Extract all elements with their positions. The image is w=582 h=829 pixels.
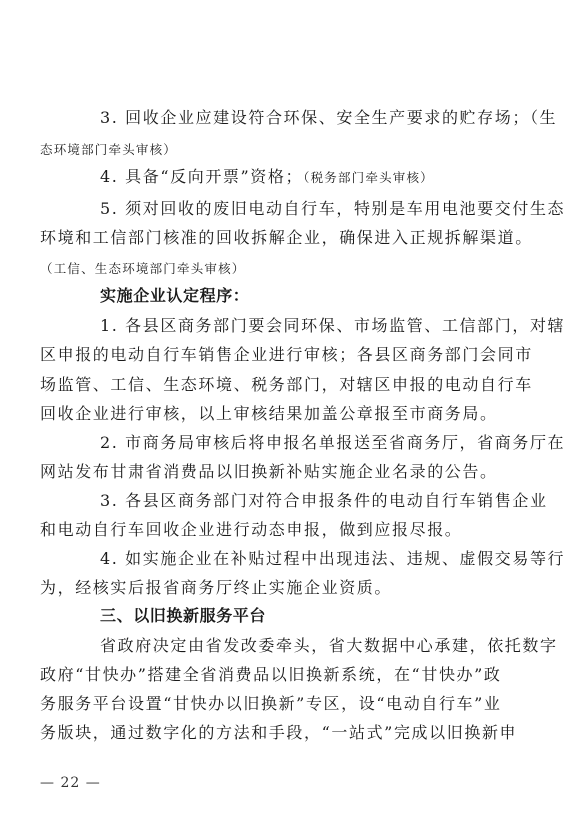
paragraph-line: 3. 回收企业应建设符合环保、安全生产要求的贮存场；（生 bbox=[100, 108, 540, 128]
paragraph-line: 务服务平台设置“甘快办以旧换新”专区，设“电动自行车”业 bbox=[40, 694, 540, 714]
paragraph-line: 2. 市商务局审核后将申报名单报送至省商务厅，省商务厅在 bbox=[100, 433, 540, 453]
paragraph-line: 场监管、工信、生态环境、税务部门，对辖区申报的电动自行车 bbox=[40, 375, 540, 395]
section-heading: 三、以旧换新服务平台 bbox=[100, 606, 540, 626]
paragraph-line: 3. 各县区商务部门对符合申报条件的电动自行车销售企业 bbox=[100, 491, 540, 511]
paragraph-note: （工信、生态环境部门牵头审核） bbox=[40, 259, 540, 279]
paragraph-line: 1. 各县区商务部门要会同环保、市场监管、工信部门，对辖 bbox=[100, 316, 540, 336]
paragraph-line: 网站发布甘肃省消费品以旧换新补贴实施企业名录的公告。 bbox=[40, 462, 540, 482]
paragraph-line: 5. 须对回收的废旧电动自行车，特别是车用电池要交付生态 bbox=[100, 199, 540, 219]
paragraph-line: 4. 具备“反向开票”资格；（税务部门牵头审核） bbox=[100, 167, 540, 188]
paragraph-line: 区申报的电动自行车销售企业进行审核；各县区商务部门会同市 bbox=[40, 345, 540, 365]
page-number: — 22 — bbox=[40, 775, 101, 791]
paragraph-line: 政府“甘快办”搭建全省消费品以旧换新系统，在“甘快办”政 bbox=[40, 665, 540, 685]
item-text: 4. 具备“反向开票”资格； bbox=[100, 167, 303, 186]
paragraph-note: 态环境部门牵头审核） bbox=[40, 140, 540, 160]
paragraph-line: 环境和工信部门核准的回收拆解企业，确保进入正规拆解渠道。 bbox=[40, 228, 540, 248]
section-subheading: 实施企业认定程序： bbox=[100, 286, 540, 306]
paragraph-line: 务版块，通过数字化的方法和手段，“一站式”完成以旧换新申 bbox=[40, 723, 540, 743]
paragraph-line: 为，经核实后报省商务厅终止实施企业资质。 bbox=[40, 578, 540, 598]
paragraph-line: 回收企业进行审核，以上审核结果加盖公章报至市商务局。 bbox=[40, 404, 540, 424]
paragraph-line: 4. 如实施企业在补贴过程中出现违法、违规、虚假交易等行 bbox=[100, 549, 540, 569]
paragraph-line: 省政府决定由省发改委牵头，省大数据中心承建，依托数字 bbox=[100, 636, 540, 656]
paragraph-line: 和电动自行车回收企业进行动态申报，做到应报尽报。 bbox=[40, 520, 540, 540]
item-note: （税务部门牵头审核） bbox=[303, 170, 434, 185]
